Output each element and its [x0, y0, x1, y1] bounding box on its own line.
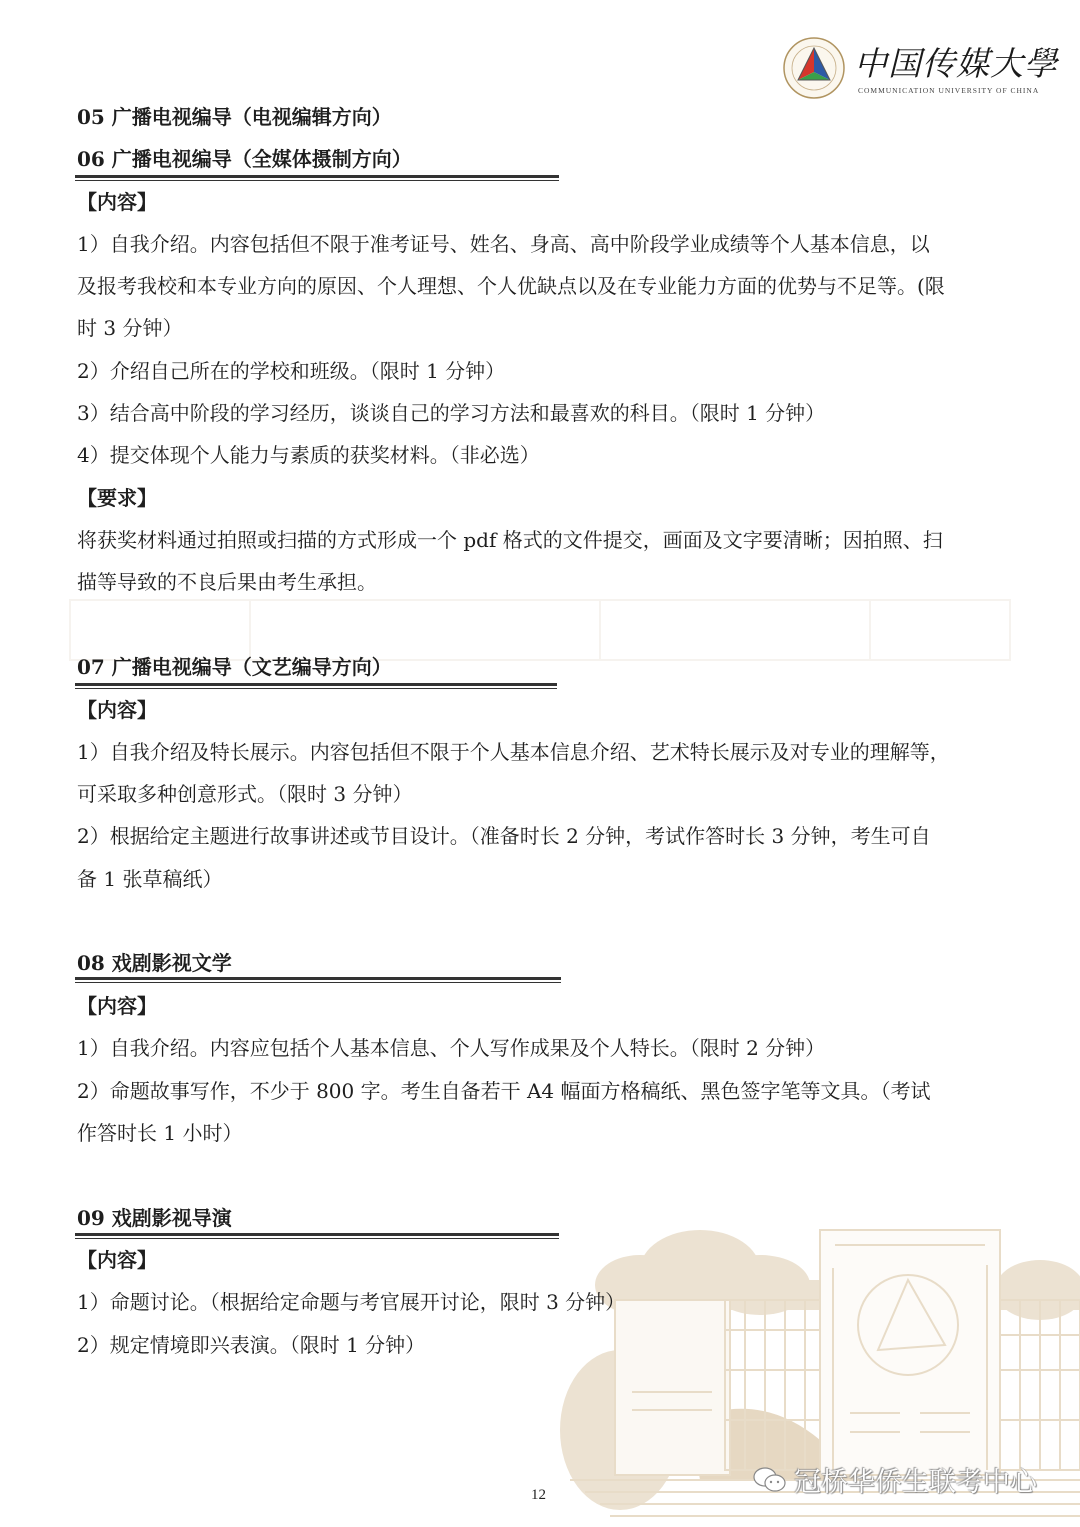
content-line: 1）自我介绍及特长展示。内容包括但不限于个人基本信息介绍、艺术特长展示及对专业的…	[77, 738, 950, 766]
section-heading-08: 08 戏剧影视文学	[77, 949, 232, 977]
content-line: 作答时长 1 小时）	[77, 1119, 242, 1147]
wechat-watermark: 冠桥华侨生联考中心	[752, 1460, 1037, 1499]
content-label: 【内容】	[77, 696, 157, 724]
content-line: 1）命题讨论。（根据给定命题与考官展开讨论，限时 3 分钟）	[77, 1288, 625, 1316]
university-name-cn: 中国传媒大學	[854, 38, 1058, 85]
content-line: 2）规定情境即兴表演。（限时 1 分钟）	[77, 1331, 425, 1359]
content-line: 备 1 张草稿纸）	[77, 865, 222, 893]
university-seal-icon	[782, 36, 846, 100]
section-heading-07: 07 广播电视编导（文艺编导方向）	[77, 653, 392, 681]
section-heading-05: 05 广播电视编导（电视编辑方向）	[77, 103, 392, 131]
page-number: 12	[531, 1487, 546, 1504]
requirements-line: 将获奖材料通过拍照或扫描的方式形成一个 pdf 格式的文件提交，画面及文字要清晰…	[77, 526, 943, 554]
university-name-en: COMMUNICATION UNIVERSITY OF CHINA	[858, 86, 1039, 95]
section-heading-09: 09 戏剧影视导演	[77, 1204, 232, 1232]
content-line: 2）命题故事写作，不少于 800 字。考生自备若干 A4 幅面方格稿纸、黑色签字…	[77, 1077, 931, 1105]
heading-rule	[75, 683, 557, 689]
section-heading-06: 06 广播电视编导（全媒体摄制方向）	[77, 145, 412, 173]
content-label: 【内容】	[77, 1246, 157, 1274]
requirements-line: 描等导致的不良后果由考生承担。	[77, 568, 377, 596]
wechat-icon	[752, 1465, 788, 1495]
watermark-text: 冠桥华侨生联考中心	[794, 1460, 1037, 1499]
content-line: 可采取多种创意形式。（限时 3 分钟）	[77, 780, 412, 808]
requirements-label: 【要求】	[77, 484, 157, 512]
heading-rule	[75, 175, 559, 181]
content-label: 【内容】	[77, 188, 157, 216]
content-line: 1）自我介绍。内容应包括个人基本信息、个人写作成果及个人特长。（限时 2 分钟）	[77, 1034, 825, 1062]
content-line: 2）根据给定主题进行故事讲述或节目设计。（准备时长 2 分钟，考试作答时长 3 …	[77, 822, 931, 850]
content-label: 【内容】	[77, 992, 157, 1020]
content-line: 时 3 分钟）	[77, 314, 182, 342]
university-logo: 中国传媒大學 COMMUNICATION UNIVERSITY OF CHINA	[782, 36, 1032, 102]
content-line: 2）介绍自己所在的学校和班级。（限时 1 分钟）	[77, 357, 505, 385]
heading-rule	[75, 1233, 559, 1239]
content-line: 3）结合高中阶段的学习经历，谈谈自己的学习方法和最喜欢的科目。（限时 1 分钟）	[77, 399, 825, 427]
content-line: 4）提交体现个人能力与素质的获奖材料。（非必选）	[77, 441, 540, 469]
content-line: 及报考我校和本专业方向的原因、个人理想、个人优缺点以及在专业能力方面的优势与不足…	[77, 272, 945, 300]
content-line: 1）自我介绍。内容包括但不限于准考证号、姓名、身高、高中阶段学业成绩等个人基本信…	[77, 230, 930, 258]
heading-rule	[75, 977, 561, 983]
